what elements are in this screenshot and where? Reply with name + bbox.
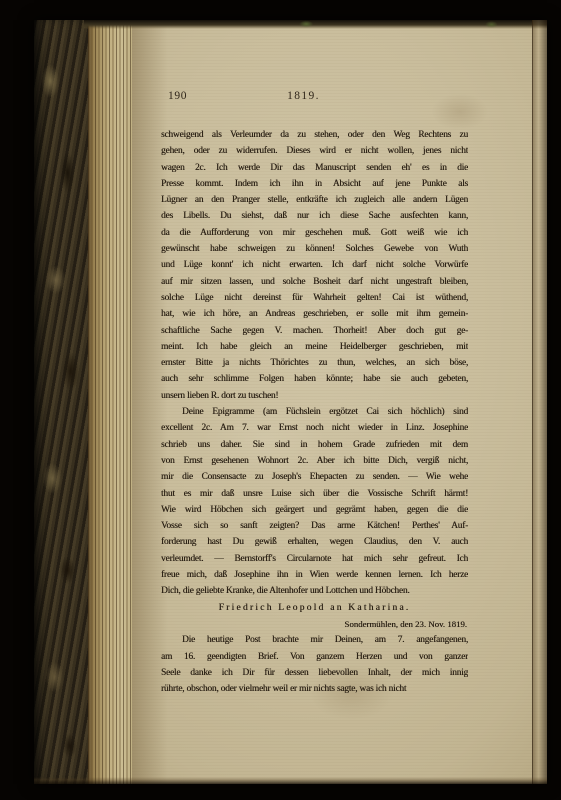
text-line: unsern lieben R. dort zu tuschen! (161, 388, 468, 404)
text-line: schweigend als Verleumder da zu stehen, … (161, 127, 468, 143)
text-line: mir die Consensacte zu Joseph's Ehepacte… (161, 469, 468, 485)
text-line: gewünscht habe schweigen zu können! Solc… (161, 241, 468, 257)
page-fore-edge (88, 20, 132, 784)
text-line: gehen, oder zu widerrufen. Dieses wird e… (161, 143, 468, 159)
text-line: des Libells. Du siehst, daß nur ich dies… (161, 208, 468, 224)
text-line: excellent 2c. Am 7. war Ernst noch nicht… (161, 420, 468, 436)
text-line: auf mir sitzen lassen, und solche Boshei… (161, 274, 468, 290)
marbled-cover-edge (34, 20, 88, 784)
text-line: Deine Epigramme (am Füchslein ergötzet C… (161, 404, 468, 420)
page-right-edge (532, 20, 547, 784)
text-line: forderung hast Du gewiß erhalten, wegen … (161, 534, 468, 550)
book-page: 190 1819. schweigend als Verleumder da z… (34, 20, 547, 784)
page-header: 190 1819. (161, 90, 468, 106)
text-line: Wie wird Höbchen sich geärgert und gegrä… (161, 502, 468, 518)
bottom-page-edge (34, 777, 547, 784)
text-line: thut es mir daß unsre Luise sich über di… (161, 486, 468, 502)
text-line: Vosse sich so sanft zeigten? Das arme Kä… (161, 518, 468, 534)
text-line: und Lüge konnt' ich nicht erwarten. Ich … (161, 257, 468, 273)
text-line: Seele danke ich Dir für dessen liebevoll… (161, 665, 468, 681)
text-line: am 16. geendigten Brief. Von ganzem Herz… (161, 649, 468, 665)
top-page-edges (84, 20, 547, 29)
year-header: 1819. (161, 90, 446, 102)
text-line: meint. Ich habe gleich an meine Heidelbe… (161, 339, 468, 355)
text-line: da die Aufforderung von mir geschehen mu… (161, 225, 468, 241)
dateline: Sondermühlen, den 23. Nov. 1819. (161, 616, 468, 632)
text-line: solche Lüge nicht dereinst für Wahrheit … (161, 290, 468, 306)
text-line: Die heutige Post brachte mir Deinen, am … (161, 632, 468, 648)
text-line: wagen 2c. Ich werde Dir das Manuscript s… (161, 160, 468, 176)
text-line: Lügner an den Pranger stelle, entkräfte … (161, 192, 468, 208)
text-line: verleumdet. — Bernstorff's Circularnote … (161, 551, 468, 567)
text-line: rührte, obschon, oder vielmehr weil er m… (161, 681, 468, 697)
text-line: ernster Bitte ja nichts Thörichtes zu th… (161, 355, 468, 371)
photo-background: { "page": { "header": { "page_number": "… (0, 0, 561, 800)
text-body: schweigend als Verleumder da zu stehen, … (161, 127, 468, 697)
text-line: freue mich, daß Josephine ihn in Wien we… (161, 567, 468, 583)
text-line: Dich, die geliebte Kranke, die Altenhofe… (161, 583, 468, 599)
text-line: schrieb uns daher. Sie sind in hohem Gra… (161, 437, 468, 453)
text-line: hat, wie ich höre, an Andreas geschriebe… (161, 306, 468, 322)
text-line: Presse kommt. Indem ich ihn in Absicht a… (161, 176, 468, 192)
letter-heading: Friedrich Leopold an Katharina. (161, 600, 468, 616)
text-line: auch sehr schlimme Folgen haben könnte; … (161, 371, 468, 387)
text-line: schaftliche Sache gegen V. machen. Thorh… (161, 323, 468, 339)
text-line: von Ernst gesehenen Wohnort 2c. Aber ich… (161, 453, 468, 469)
